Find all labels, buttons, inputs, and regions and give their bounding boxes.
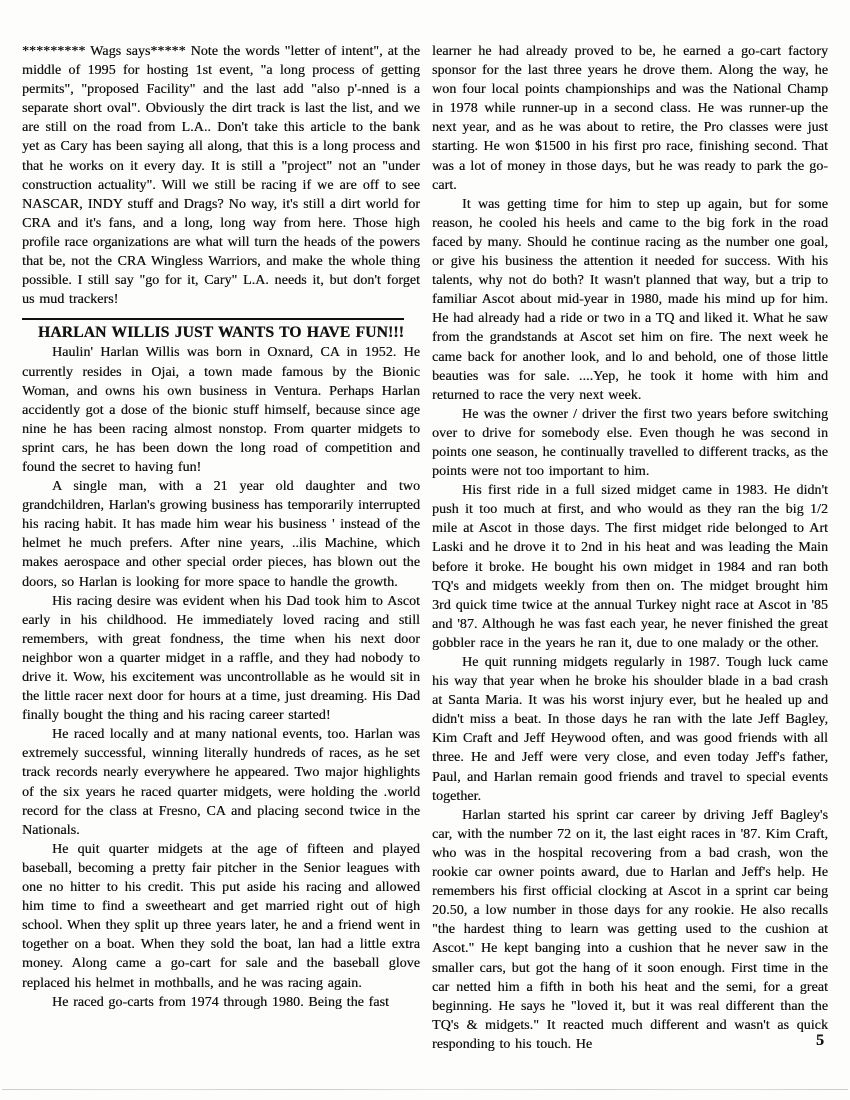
- article-paragraph: He raced locally and at many national ev…: [22, 725, 420, 840]
- article-paragraph: A single man, with a 21 year old daughte…: [22, 477, 420, 592]
- right-column: learner he had already proved to be, he …: [432, 42, 828, 1054]
- section-divider-rule: [22, 318, 404, 320]
- article-paragraph: His first ride in a full sized midget ca…: [432, 481, 828, 653]
- left-column: ********* Wags says***** Note the words …: [22, 42, 420, 1012]
- article-paragraph: He raced go-carts from 1974 through 1980…: [22, 993, 420, 1012]
- article-paragraph: His racing desire was evident when his D…: [22, 592, 420, 726]
- scanned-newsletter-page: ********* Wags says***** Note the words …: [0, 0, 850, 1100]
- scan-edge-artifact: [2, 1089, 848, 1090]
- wags-says-paragraph: ********* Wags says***** Note the words …: [22, 42, 420, 309]
- article-paragraph: He quit running midgets regularly in 198…: [432, 653, 828, 806]
- article-paragraph-continuation: learner he had already proved to be, he …: [432, 42, 828, 195]
- article-paragraph: Harlan started his sprint car career by …: [432, 806, 828, 1054]
- article-paragraph: Haulin' Harlan Willis was born in Oxnard…: [22, 343, 420, 477]
- article-paragraph: It was getting time for him to step up a…: [432, 195, 828, 405]
- section-heading: HARLAN WILLIS JUST WANTS TO HAVE FUN!!!: [22, 323, 420, 342]
- article-paragraph: He was the owner / driver the first two …: [432, 405, 828, 481]
- page-number: 5: [816, 1032, 824, 1050]
- article-paragraph: He quit quarter midgets at the age of fi…: [22, 840, 420, 993]
